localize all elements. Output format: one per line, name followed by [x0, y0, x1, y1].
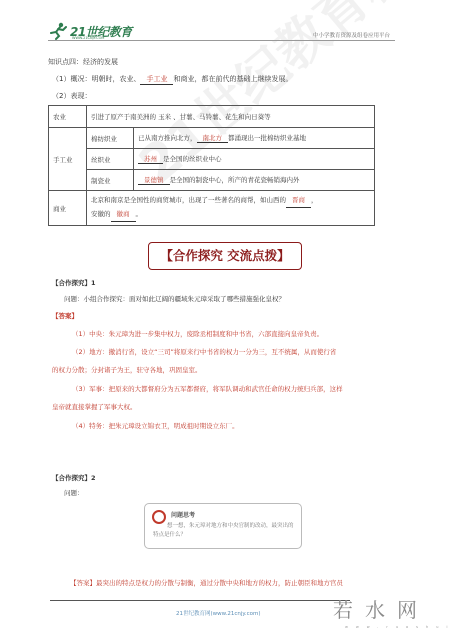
ruoshui-watermark-sub: www.ruoshui.com [345, 625, 450, 629]
silk-suffix: 是全国的丝织业中心 [163, 155, 222, 163]
inquiry1-answer-label: 【答案】 [52, 311, 78, 320]
overview-suffix: 和商业，都在前代的基础上继续发展。 [173, 75, 292, 83]
anhui-merchants-blank: 徽商 [111, 208, 136, 222]
commerce-text: 北京和南京是全国性的商贸城市，出现了一些著名的商帮，如山西的晋商， 安徽的徽商。 [87, 191, 375, 226]
cotton-text: 已从南方推向北方，南北方都涌现出一批棉纺织业基地 [134, 128, 375, 149]
agriculture-text: 引进了原产于南美洲的 玉米 、甘薯、马铃薯、花生和向日葵等 [87, 106, 375, 128]
table-row-silk: 丝织业 苏州是全国的丝织业中心 [49, 149, 375, 170]
cotton-label: 棉纺织业 [87, 128, 134, 149]
commerce-line2-prefix: 安徽的 [91, 210, 111, 218]
inquiry1-title: 【合作探究】1 [52, 278, 96, 287]
think-box-title: 问题思考 [171, 510, 195, 519]
economy-table: 农业 引进了原产于南美洲的 玉米 、甘薯、马铃薯、花生和向日葵等 手工业 棉纺织… [48, 105, 375, 226]
runner-icon [48, 22, 70, 40]
think-box-body: 想一想，朱元璋对地方和中央官制的改动，最突出的特点是什么？ [153, 522, 295, 540]
commerce-label: 商业 [49, 191, 87, 226]
platform-name: 中小学教育资源及组卷应用平台 [313, 31, 390, 39]
answer-line-4: （3）军事：把原来的大都督府分为五军都督府，将军队调动和武官任命的权力统归兵部，… [72, 384, 343, 393]
inquiry2-question: 问题： [64, 488, 84, 497]
commerce-line1-prefix: 北京和南京是全国性的商贸城市，出现了一些著名的商帮，如山西的 [91, 196, 286, 204]
inquiry2-answer: 【答案】最突出的特点是权力的分散与制衡，通过分散中央和地方的权力，防止朝臣和地方… [70, 578, 343, 587]
site-logo: 21世纪教育 WWW.21CNJY.COM [48, 22, 138, 42]
think-box: 问题思考 想一想，朱元璋对地方和中央官制的改动，最突出的特点是什么？ [144, 503, 302, 549]
silk-label: 丝织业 [87, 149, 134, 170]
overview-blank: 手工业 [140, 74, 173, 85]
commerce-line1-suffix: ， [311, 196, 318, 204]
table-row-cotton: 手工业 棉纺织业 已从南方推向北方，南北方都涌现出一批棉纺织业基地 [49, 128, 375, 149]
answer-line-2: （2）地方：撤消行省，设立“三司”将原来行中书省的权力一分为三，互不统属，从而使… [72, 347, 336, 356]
answer-line-3: 的权力分散；分封诸子为王，驻守各地，巩固皇室。 [52, 365, 202, 374]
cotton-blank: 南北方 [197, 133, 229, 143]
knowledge-point-title: 知识点四：经济的发展 [48, 57, 118, 67]
overview-prefix: （1）概况：明朝时，农业、 [52, 75, 140, 83]
inquiry1-question: 问题：小组合作探究：面对如此辽阔的疆域朱元璋采取了哪些措施强化皇权？ [64, 294, 285, 303]
porcelain-label: 制瓷业 [87, 170, 134, 191]
agriculture-label: 农业 [49, 106, 87, 128]
answer-line-1: （1）中央：朱元璋为进一步集中权力，废除丞相制度和中书省，六部直接向皇帝负责。 [72, 329, 323, 338]
commerce-line2-suffix: 。 [136, 210, 143, 218]
answer-line-6: （4）特务：把朱元璋设立锦衣卫，明成祖时期设立东厂。 [72, 421, 239, 430]
overview-line: （1）概况：明朝时，农业、手工业和商业，都在前代的基础上继续发展。 [52, 74, 292, 85]
inquiry2-title: 【合作探究】2 [52, 473, 96, 482]
porcelain-suffix: 是全国的制瓷中心，所产的青花瓷畅销海内外 [170, 176, 300, 184]
performance-label: （2）表现： [52, 91, 91, 101]
header-divider [48, 40, 395, 41]
section-banner: 【合作探究 交流点拨】 [148, 242, 302, 270]
footer-divider [50, 600, 350, 601]
table-row-porcelain: 制瓷业 景德镇是全国的制瓷中心，所产的青花瓷畅销海内外 [49, 170, 375, 191]
footer-text: 21世纪教育网(www.21cnjy.com) [176, 609, 261, 617]
answer-line-5: 皇帝就直接掌握了军事大权。 [52, 402, 137, 411]
porcelain-blank: 景德镇 [138, 175, 170, 185]
table-row-commerce: 商业 北京和南京是全国性的商贸城市，出现了一些著名的商帮，如山西的晋商， 安徽的… [49, 191, 375, 226]
cotton-prefix: 已从南方推向北方， [138, 134, 197, 142]
porcelain-text: 景德镇是全国的制瓷中心，所产的青花瓷畅销海内外 [134, 170, 375, 191]
handicraft-label: 手工业 [49, 128, 87, 191]
shanxi-merchants-blank: 晋商 [286, 194, 311, 208]
silk-blank: 苏州 [138, 154, 163, 164]
ruoshui-watermark: 若水网 [333, 594, 429, 623]
silk-text: 苏州是全国的丝织业中心 [134, 149, 375, 170]
cotton-suffix: 都涌现出一批棉纺织业基地 [228, 134, 306, 142]
table-row-agriculture: 农业 引进了原产于南美洲的 玉米 、甘薯、马铃薯、花生和向日葵等 [49, 106, 375, 128]
